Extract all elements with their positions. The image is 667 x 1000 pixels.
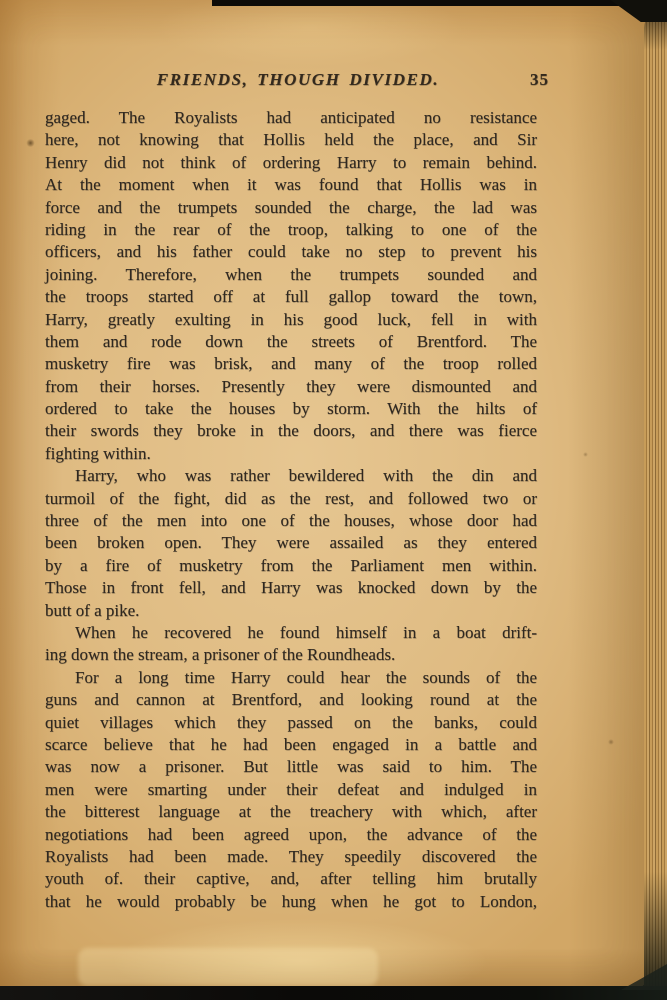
book-page: FRIENDS, THOUGH DIVIDED. 35 gaged. The R… — [0, 0, 646, 988]
text-line: guns and cannon at Brentford, and lookin… — [45, 689, 537, 711]
text-line: When he recovered he found himself in a … — [45, 622, 537, 644]
ink-speck — [26, 139, 35, 147]
text-line: their swords they broke in the doors, an… — [45, 420, 537, 442]
text-line: butt of a pike. — [45, 600, 537, 622]
text-line: Royalists had been made. They speedily d… — [45, 846, 537, 868]
text-line: Henry did not think of ordering Harry to… — [45, 152, 537, 174]
page-stack-edge — [644, 16, 667, 988]
text-line: the bitterest language at the treachery … — [45, 801, 537, 823]
text-line: from their horses. Presently they were d… — [45, 376, 537, 398]
text-line: At the moment when it was found that Hol… — [45, 174, 537, 196]
text-line: Harry, who was rather bewildered with th… — [45, 465, 537, 487]
text-line: officers, and his father could take no s… — [45, 241, 537, 263]
scan-light-band — [78, 948, 378, 986]
text-line: that he would probably be hung when he g… — [45, 891, 537, 913]
text-line: ordered to take the houses by storm. Wit… — [45, 398, 537, 420]
page-number: 35 — [530, 70, 549, 90]
scanned-book-page: FRIENDS, THOUGH DIVIDED. 35 gaged. The R… — [0, 0, 667, 1000]
text-line: quiet villages which they passed on the … — [45, 712, 537, 734]
scanner-background-top — [212, 0, 667, 6]
text-line: been broken open. They were assailed as … — [45, 532, 537, 554]
text-line: negotiations had been agreed upon, the a… — [45, 824, 537, 846]
text-line: riding in the rear of the troop, talking… — [45, 219, 537, 241]
text-line: turmoil of the fight, did as the rest, a… — [45, 488, 537, 510]
text-line: fighting within. — [45, 443, 537, 465]
text-line: youth of. their captive, and, after tell… — [45, 868, 537, 890]
scanner-background-bottom — [0, 986, 667, 1000]
text-line: ing down the stream, a prisoner of the R… — [45, 644, 537, 666]
text-line: three of the men into one of the houses,… — [45, 510, 537, 532]
page-body: gaged. The Royalists had anticipated no … — [45, 107, 537, 913]
text-line: Harry, greatly exulting in his good luck… — [45, 309, 537, 331]
ink-speck — [608, 739, 614, 745]
page-header: FRIENDS, THOUGH DIVIDED. 35 — [45, 70, 537, 94]
text-line: gaged. The Royalists had anticipated no … — [45, 107, 537, 129]
text-line: the troops started off at full gallop to… — [45, 286, 537, 308]
text-line: was now a prisoner. But little was said … — [45, 756, 537, 778]
text-line: men were smarting under their defeat and… — [45, 779, 537, 801]
ink-speck — [583, 452, 588, 457]
text-line: For a long time Harry could hear the sou… — [45, 667, 537, 689]
text-line: joining. Therefore, when the trumpets so… — [45, 264, 537, 286]
running-title: FRIENDS, THOUGH DIVIDED. — [45, 70, 537, 90]
text-line: Those in front fell, and Harry was knock… — [45, 577, 537, 599]
text-line: scarce believe that he had been engaged … — [45, 734, 537, 756]
text-line: here, not knowing that Hollis held the p… — [45, 129, 537, 151]
text-line: them and rode down the streets of Brentf… — [45, 331, 537, 353]
text-line: by a fire of musketry from the Parliamen… — [45, 555, 537, 577]
text-line: force and the trumpets sounded the charg… — [45, 197, 537, 219]
text-line: musketry fire was brisk, and many of the… — [45, 353, 537, 375]
